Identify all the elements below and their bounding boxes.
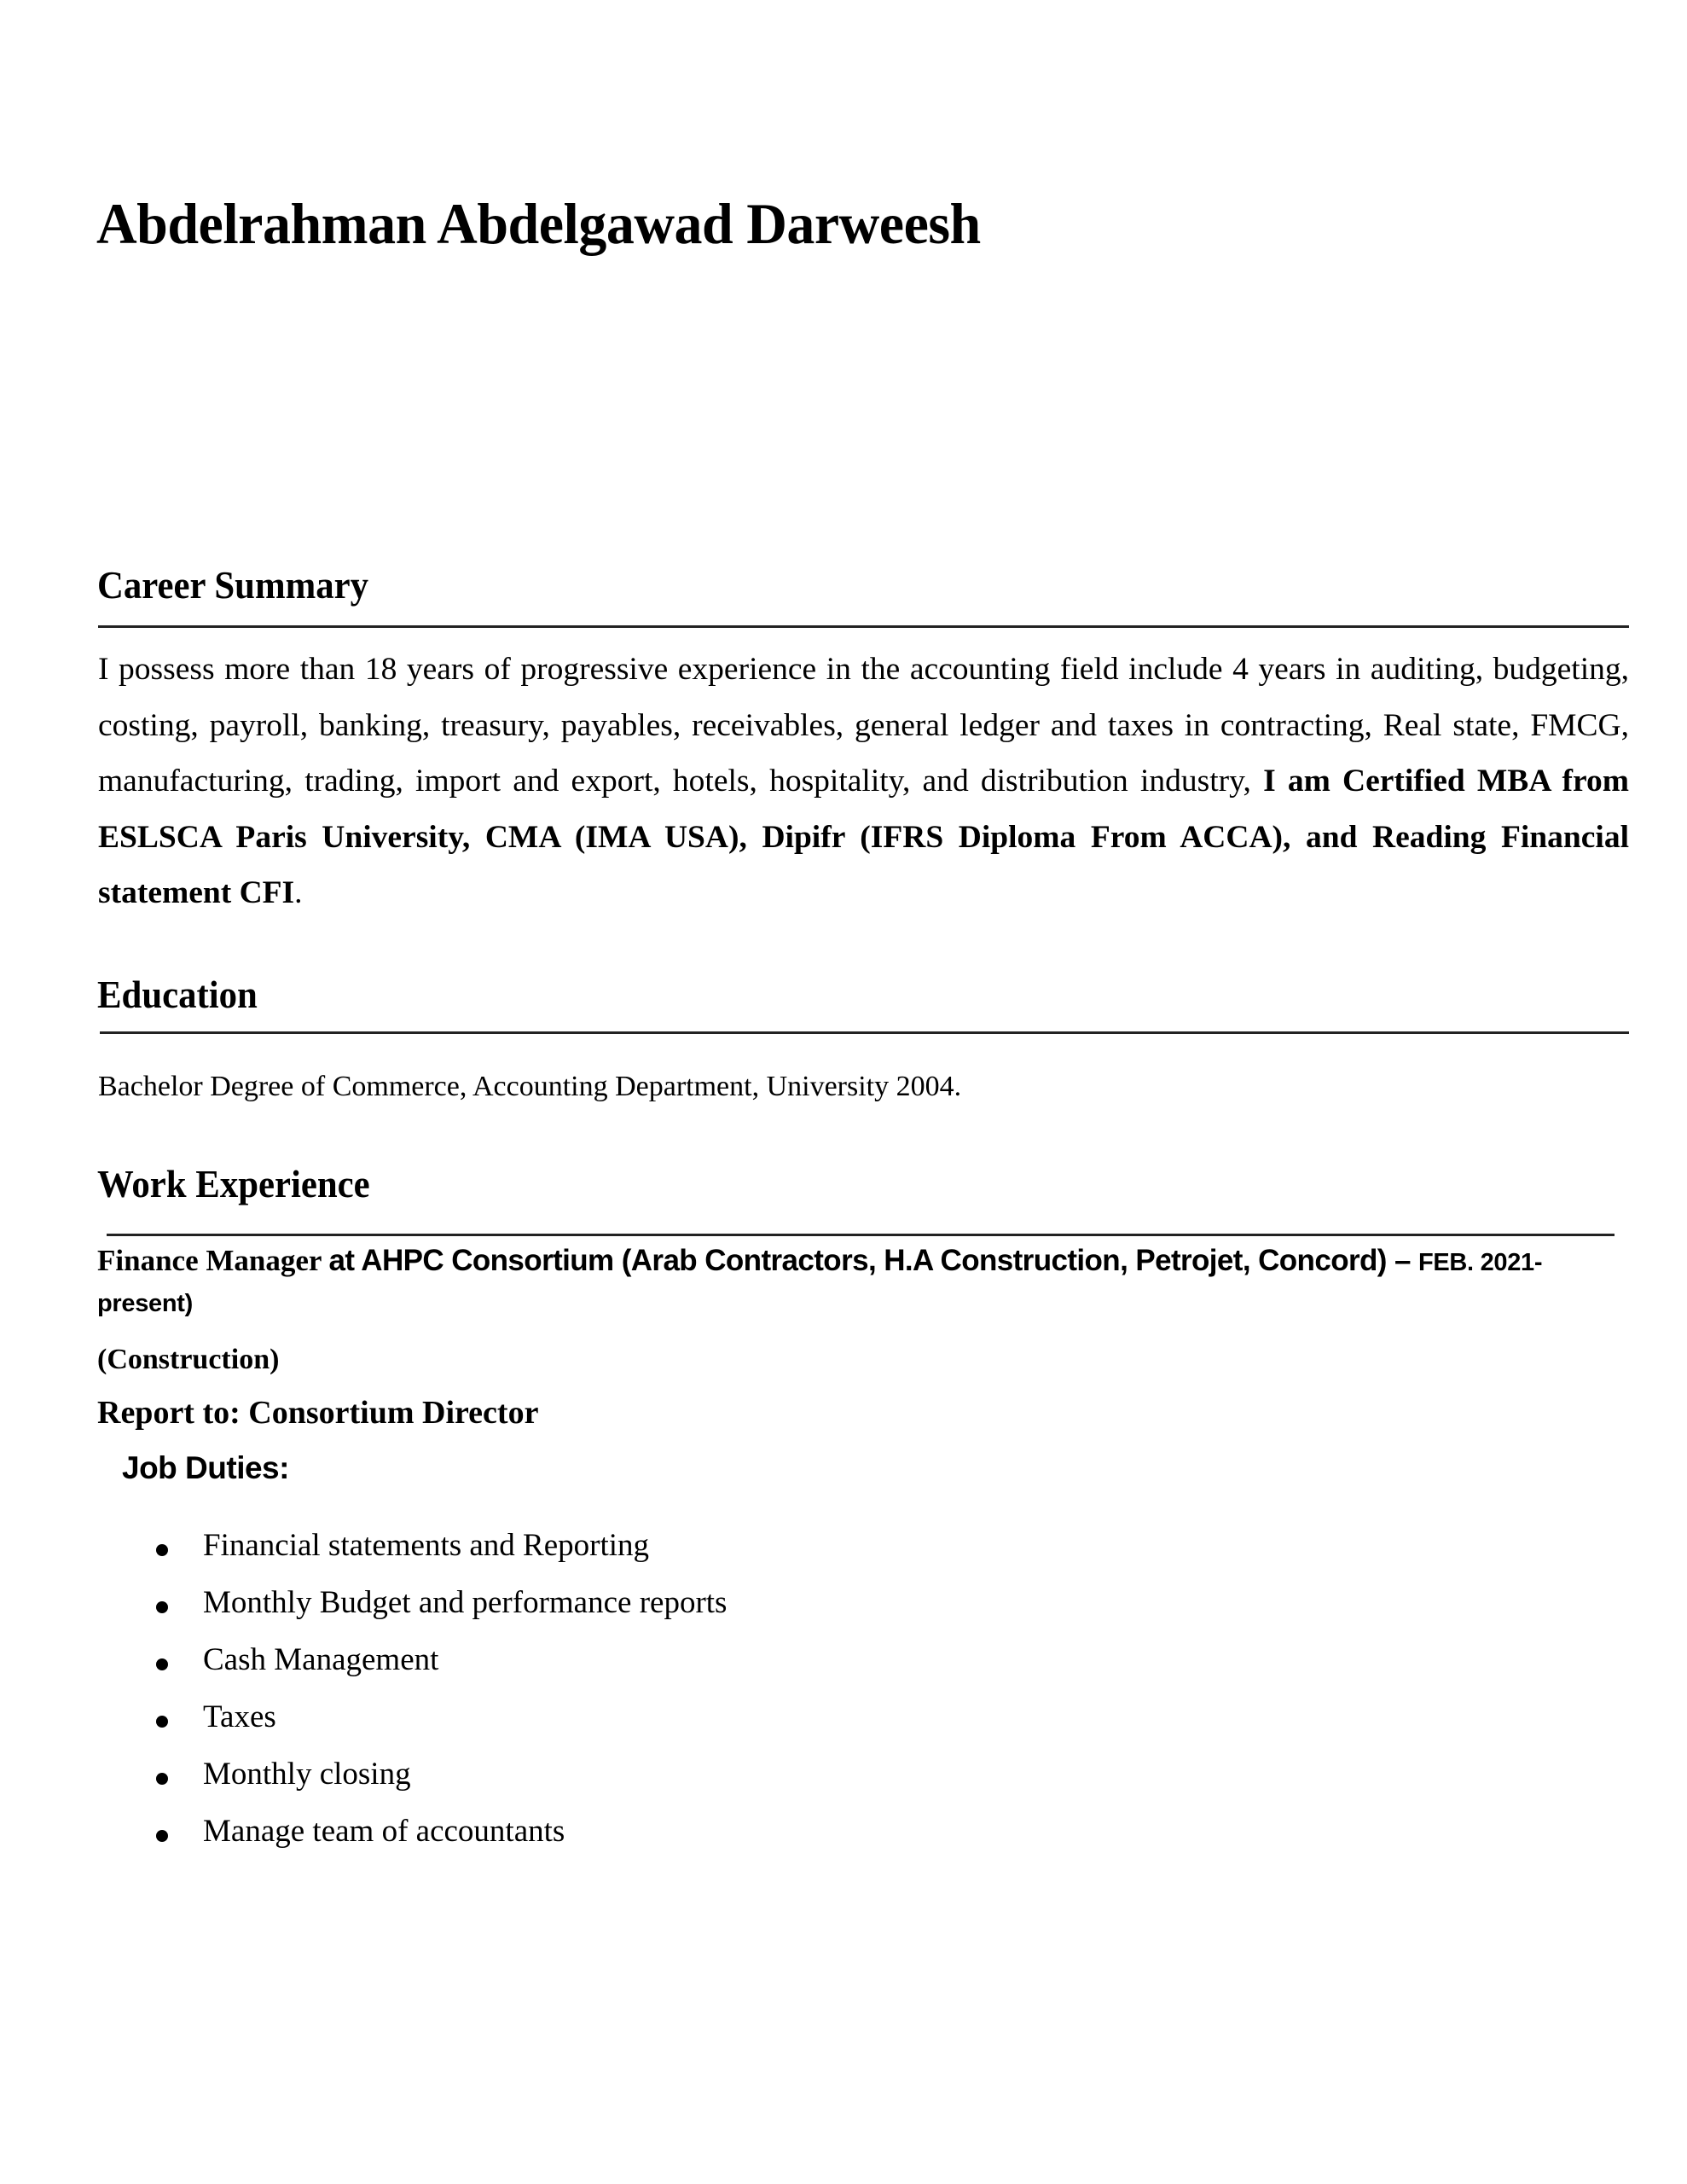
career-summary-paragraph: I possess more than 18 years of progress… xyxy=(98,642,1629,921)
duty-text: Monthly closing xyxy=(203,1752,411,1797)
career-summary-rule xyxy=(98,625,1629,628)
duty-text: Monthly Budget and performance reports xyxy=(203,1581,727,1625)
job-industry: (Construction) xyxy=(97,1341,279,1379)
bullet-icon xyxy=(156,1773,168,1785)
contact-line-clipped: Address: Giza, Egypt xyxy=(96,266,693,276)
duty-text: Taxes xyxy=(203,1695,276,1740)
bullet-icon xyxy=(156,1658,168,1670)
duty-text: Cash Management xyxy=(203,1638,438,1682)
job-title: Finance Manager at AHPC Consortium (Arab… xyxy=(97,1241,1615,1323)
job-role: Finance Manager xyxy=(97,1244,329,1277)
job-duties-label: Job Duties: xyxy=(122,1448,289,1489)
bullet-icon xyxy=(156,1716,168,1728)
duty-text: Manage team of accountants xyxy=(203,1809,565,1854)
job-report-to: Report to: Consortium Director xyxy=(97,1392,538,1433)
job-employer: at AHPC Consortium (Arab Contractors, H.… xyxy=(329,1244,1418,1277)
bullet-icon xyxy=(156,1544,168,1556)
education-rule xyxy=(100,1031,1629,1034)
career-summary-heading: Career Summary xyxy=(97,561,368,609)
education-heading: Education xyxy=(97,971,258,1019)
work-experience-heading: Work Experience xyxy=(97,1160,370,1208)
resume-page: Abdelrahman Abdelgawad Darweesh Address:… xyxy=(0,0,1687,2184)
career-summary-period: . xyxy=(294,875,302,910)
education-entry: Bachelor Degree of Commerce, Accounting … xyxy=(98,1068,961,1106)
bullet-icon xyxy=(156,1830,168,1842)
work-experience-rule xyxy=(107,1234,1615,1236)
bullet-icon xyxy=(156,1601,168,1613)
candidate-name: Abdelrahman Abdelgawad Darweesh xyxy=(96,189,981,258)
contact-line-text: Address: Giza, Egypt xyxy=(96,270,693,276)
duty-text: Financial statements and Reporting xyxy=(203,1524,649,1568)
